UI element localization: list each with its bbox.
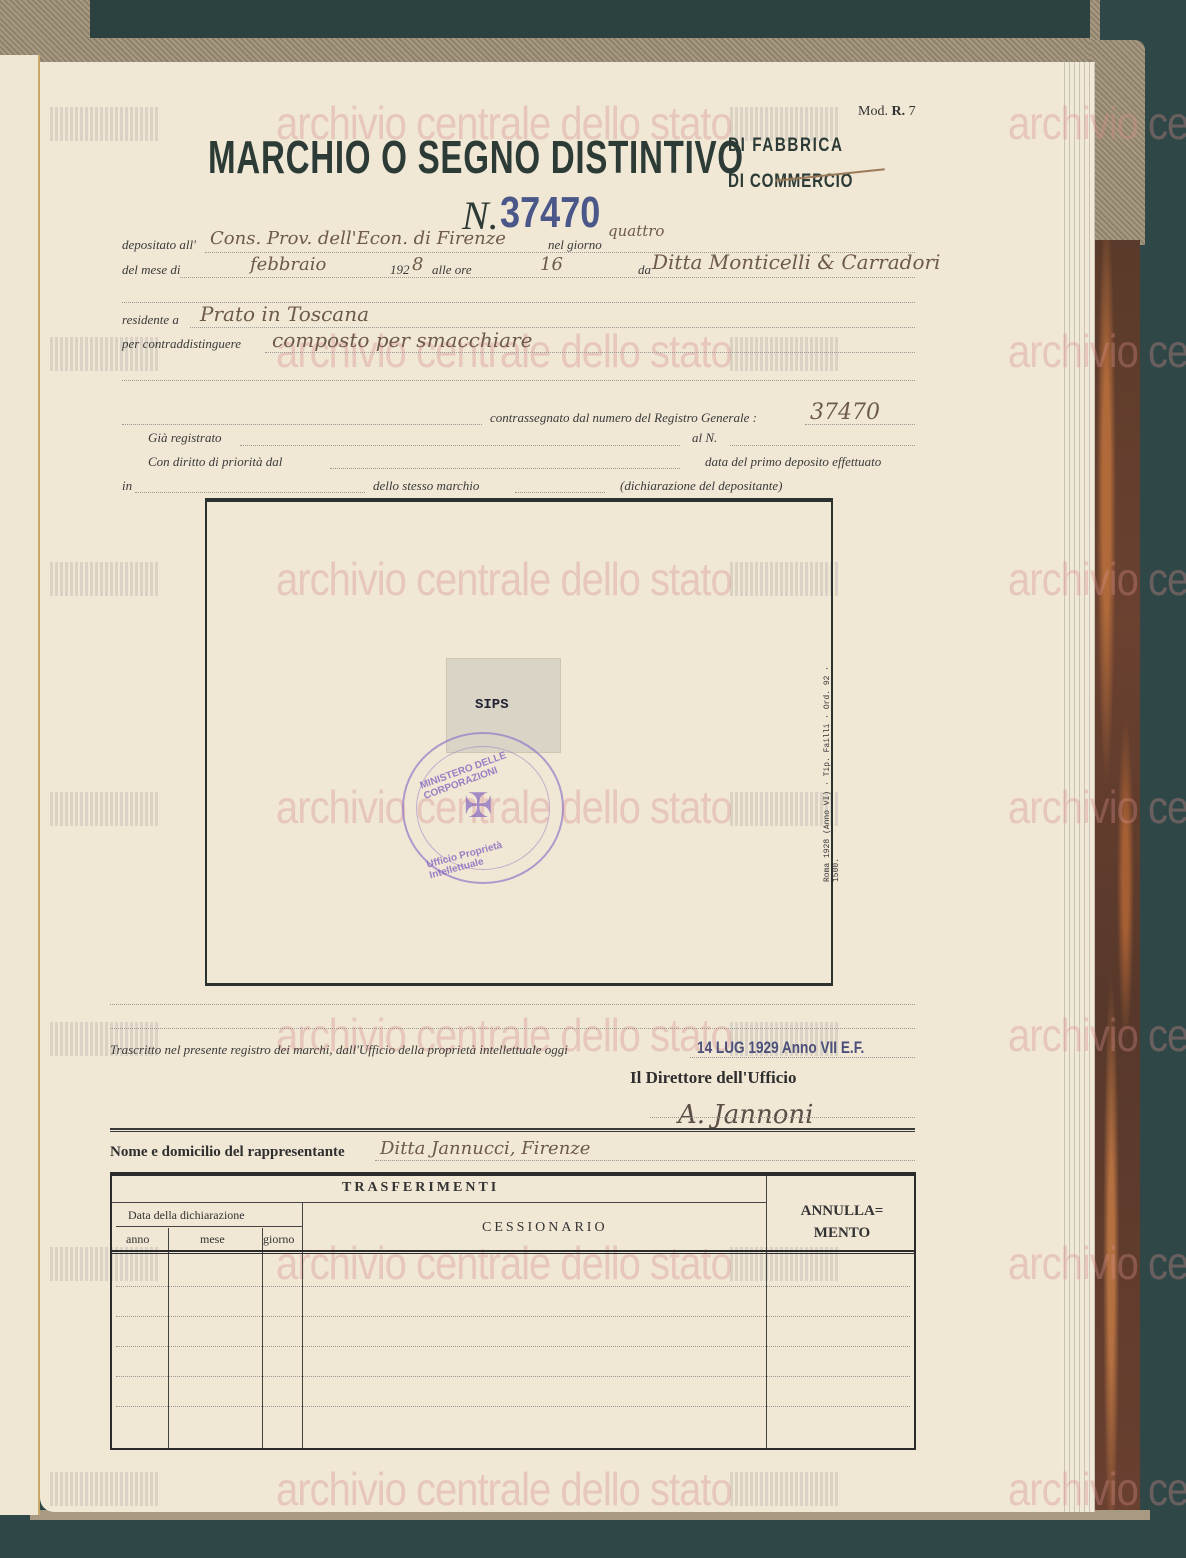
- annullamento-header-line1: ANNULLA=: [772, 1200, 912, 1222]
- registration-number: 37470: [500, 188, 600, 238]
- savoy-cross-icon: ✠: [464, 786, 493, 826]
- cover-board-top: [90, 0, 1090, 38]
- form-title: MARCHIO O SEGNO DISTINTIVO: [208, 130, 744, 184]
- transcription-label: Trascritto nel presente registro dei mar…: [110, 1042, 568, 1058]
- field-line: [135, 492, 365, 493]
- header-divider: [112, 1250, 914, 1254]
- watermark: archivio centrale dello stato: [276, 1465, 732, 1517]
- contraddistinguere-label: per contraddistinguere: [122, 336, 241, 352]
- al-n-label: al N.: [692, 430, 717, 446]
- field-line: [375, 1160, 915, 1161]
- signature-line: [650, 1117, 915, 1118]
- in-label: in: [122, 478, 132, 494]
- residente-label: residente a: [122, 312, 179, 328]
- column-divider: [302, 1202, 303, 1448]
- binding-cloth-corner: [1090, 40, 1145, 245]
- archive-logo-icon: [50, 792, 160, 826]
- depositato-label: depositato all': [122, 237, 196, 253]
- field-line: [265, 352, 915, 353]
- giorno-value: quattro: [608, 222, 664, 240]
- annullamento-header-line2: MENTO: [772, 1222, 912, 1244]
- transfers-title: TRASFERIMENTI: [342, 1180, 499, 1196]
- register-page: archivio centrale dello stato archivio c…: [40, 62, 1060, 1512]
- depositato-value: Cons. Prov. dell'Econ. di Firenze: [210, 228, 506, 249]
- model-code: Mod. R. 7: [858, 104, 916, 120]
- field-line: [110, 1004, 915, 1005]
- column-header-giorno: giorno: [263, 1232, 294, 1247]
- mese-value: febbraio: [250, 254, 326, 275]
- field-line: [180, 277, 915, 278]
- table-row: [116, 1376, 910, 1377]
- registro-label: contrassegnato dal numero del Registro G…: [490, 410, 757, 426]
- archive-logo-icon: [50, 107, 160, 141]
- archive-logo-icon: [50, 562, 160, 596]
- row-divider: [112, 1202, 766, 1203]
- table-row: [116, 1316, 910, 1317]
- anno-value: 8: [412, 254, 423, 275]
- model-label: Mod.: [858, 104, 888, 119]
- column-divider: [766, 1176, 767, 1448]
- ore-value: 16: [540, 254, 563, 275]
- column-header-anno: anno: [126, 1232, 149, 1247]
- table-row: [116, 1286, 910, 1287]
- field-line: [690, 1057, 915, 1058]
- director-signature: A. Jannoni: [678, 1100, 813, 1130]
- table-row: [116, 1406, 910, 1407]
- field-line: [330, 468, 680, 469]
- printer-note: Roma 1928 (Anno VI) · Tip. Failli · Ord.…: [823, 645, 841, 882]
- transcription-date-stamp: 14 LUG 1929 Anno VII E.F.: [697, 1038, 864, 1058]
- field-line: [122, 424, 482, 425]
- column-header-mese: mese: [200, 1232, 225, 1247]
- field-line: [110, 1028, 915, 1029]
- row-divider: [116, 1226, 302, 1227]
- facing-page-edge: [0, 55, 40, 1515]
- date-group-header: Data della dichiarazione: [128, 1208, 245, 1223]
- gia-registrato-label: Già registrato: [148, 430, 222, 446]
- page-stack-edge: [1055, 62, 1095, 1512]
- model-number: 7: [909, 104, 916, 119]
- giorno-label: nel giorno: [548, 237, 602, 253]
- da-value: Ditta Monticelli & Carradori: [652, 250, 940, 274]
- transfers-table: TRASFERIMENTI Data della dichiarazione a…: [110, 1172, 916, 1450]
- representative-label: Nome e domicilio del rappresentante: [110, 1144, 345, 1161]
- title-option-fabbrica: DI FABBRICA: [728, 135, 844, 157]
- contraddistinguere-value: composto per smacchiare: [272, 328, 532, 352]
- archive-logo-icon: [730, 1472, 840, 1506]
- model-code-value: R.: [891, 104, 905, 119]
- field-line: [515, 492, 605, 493]
- marbled-cover-edge: [1092, 240, 1140, 1520]
- column-divider: [168, 1228, 169, 1448]
- registro-value: 37470: [810, 400, 880, 425]
- da-label: da: [638, 262, 651, 278]
- cessionario-header: CESSIONARIO: [482, 1220, 608, 1236]
- archive-logo-icon: [730, 337, 840, 371]
- anno-prefix: 192: [390, 262, 410, 278]
- section-divider: [110, 1128, 915, 1132]
- archive-logo-icon: [50, 1472, 160, 1506]
- field-line: [240, 445, 680, 446]
- dichiarazione-label: (dichiarazione del depositante): [620, 478, 782, 494]
- annullamento-header: ANNULLA= MENTO: [772, 1200, 912, 1244]
- column-divider: [262, 1228, 263, 1448]
- primo-deposito-label: data del primo deposito effettuato: [705, 454, 881, 470]
- residente-value: Prato in Toscana: [200, 302, 369, 326]
- mese-label: del mese di: [122, 262, 180, 278]
- priorita-label: Con diritto di priorità dal: [148, 454, 282, 470]
- field-line: [805, 424, 915, 425]
- stesso-marchio-label: dello stesso marchio: [373, 478, 479, 494]
- table-row: [116, 1346, 910, 1347]
- field-line: [730, 445, 915, 446]
- field-line: [122, 380, 915, 381]
- ministry-stamp: MINISTERO DELLE CORPORAZIONI ✠ Ufficio P…: [402, 732, 564, 884]
- representative-value: Ditta Jannucci, Firenze: [380, 1138, 590, 1159]
- ore-label: alle ore: [432, 262, 472, 278]
- trademark-text: SIPS: [475, 697, 509, 713]
- director-label: Il Direttore dell'Ufficio: [630, 1068, 797, 1088]
